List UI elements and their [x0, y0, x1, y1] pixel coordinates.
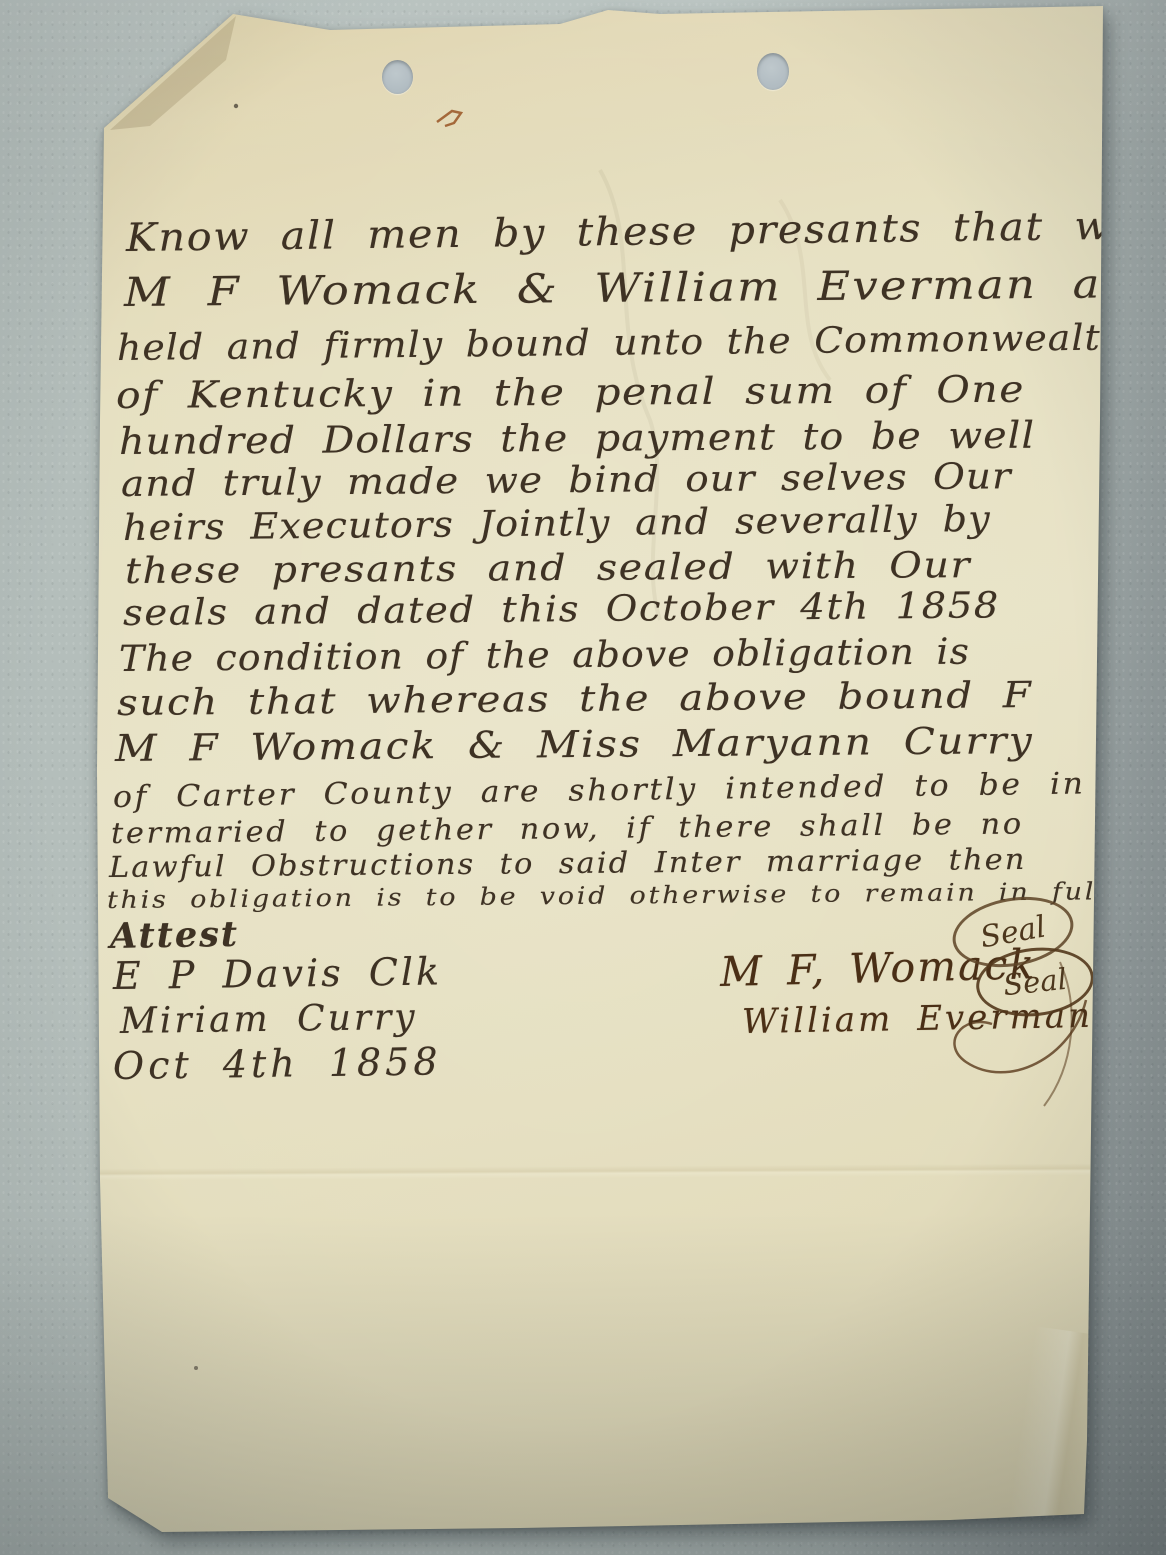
handwritten-line-1: Know all men by these presants that we — [126, 204, 1138, 261]
clerk-signature: E P Davis Clk — [113, 949, 443, 998]
handwritten-line-11: such that whereas the above bound F — [117, 675, 1033, 724]
punch-hole-left — [382, 60, 413, 94]
handwritten-line-6: and truly made we bind our selves Our — [121, 456, 1012, 505]
archive-mat-background: Know all men by these presants that we M… — [0, 0, 1166, 1555]
handwritten-line-10: The condition of the above obligation is — [119, 632, 970, 680]
handwritten-line-12: M F Womack & Miss Maryann Curry — [115, 719, 1034, 770]
handwritten-line-2: M F Womack & William Everman are — [124, 261, 1154, 316]
ink-stain — [437, 111, 461, 126]
horizontal-fold-crease — [100, 1163, 1090, 1180]
punch-hole-right — [757, 53, 789, 90]
handwritten-line-15: Lawful Obstructions to said Inter marria… — [109, 842, 1027, 884]
witness-signature: Miriam Curry — [120, 997, 418, 1042]
handwritten-line-4: of Kentucky in the penal sum of One — [116, 368, 1025, 417]
document-paper: Know all men by these presants that we M… — [0, 0, 1166, 1555]
fold-crease-shadow — [0, 0, 300, 200]
speck — [234, 104, 238, 108]
handwritten-line-5: hundred Dollars the payment to be well — [119, 414, 1035, 463]
speck — [194, 1366, 198, 1370]
attest-date: Oct 4th 1858 — [113, 1039, 442, 1088]
handwritten-line-3: held and firmly bound unto the Commonwea… — [117, 317, 1150, 369]
handwritten-line-9: seals and dated this October 4th 1858 — [123, 585, 1000, 634]
attest-label: Attest — [110, 914, 240, 957]
paper-shadow: Know all men by these presants that we M… — [0, 0, 1166, 1555]
seal-label: Seal — [1002, 962, 1069, 1002]
wrinkle-bottom-right — [1006, 1326, 1105, 1544]
handwritten-line-7: heirs Executors Jointly and severally by — [123, 499, 991, 549]
handwritten-line-8: these presants and sealed with Our — [125, 545, 971, 592]
